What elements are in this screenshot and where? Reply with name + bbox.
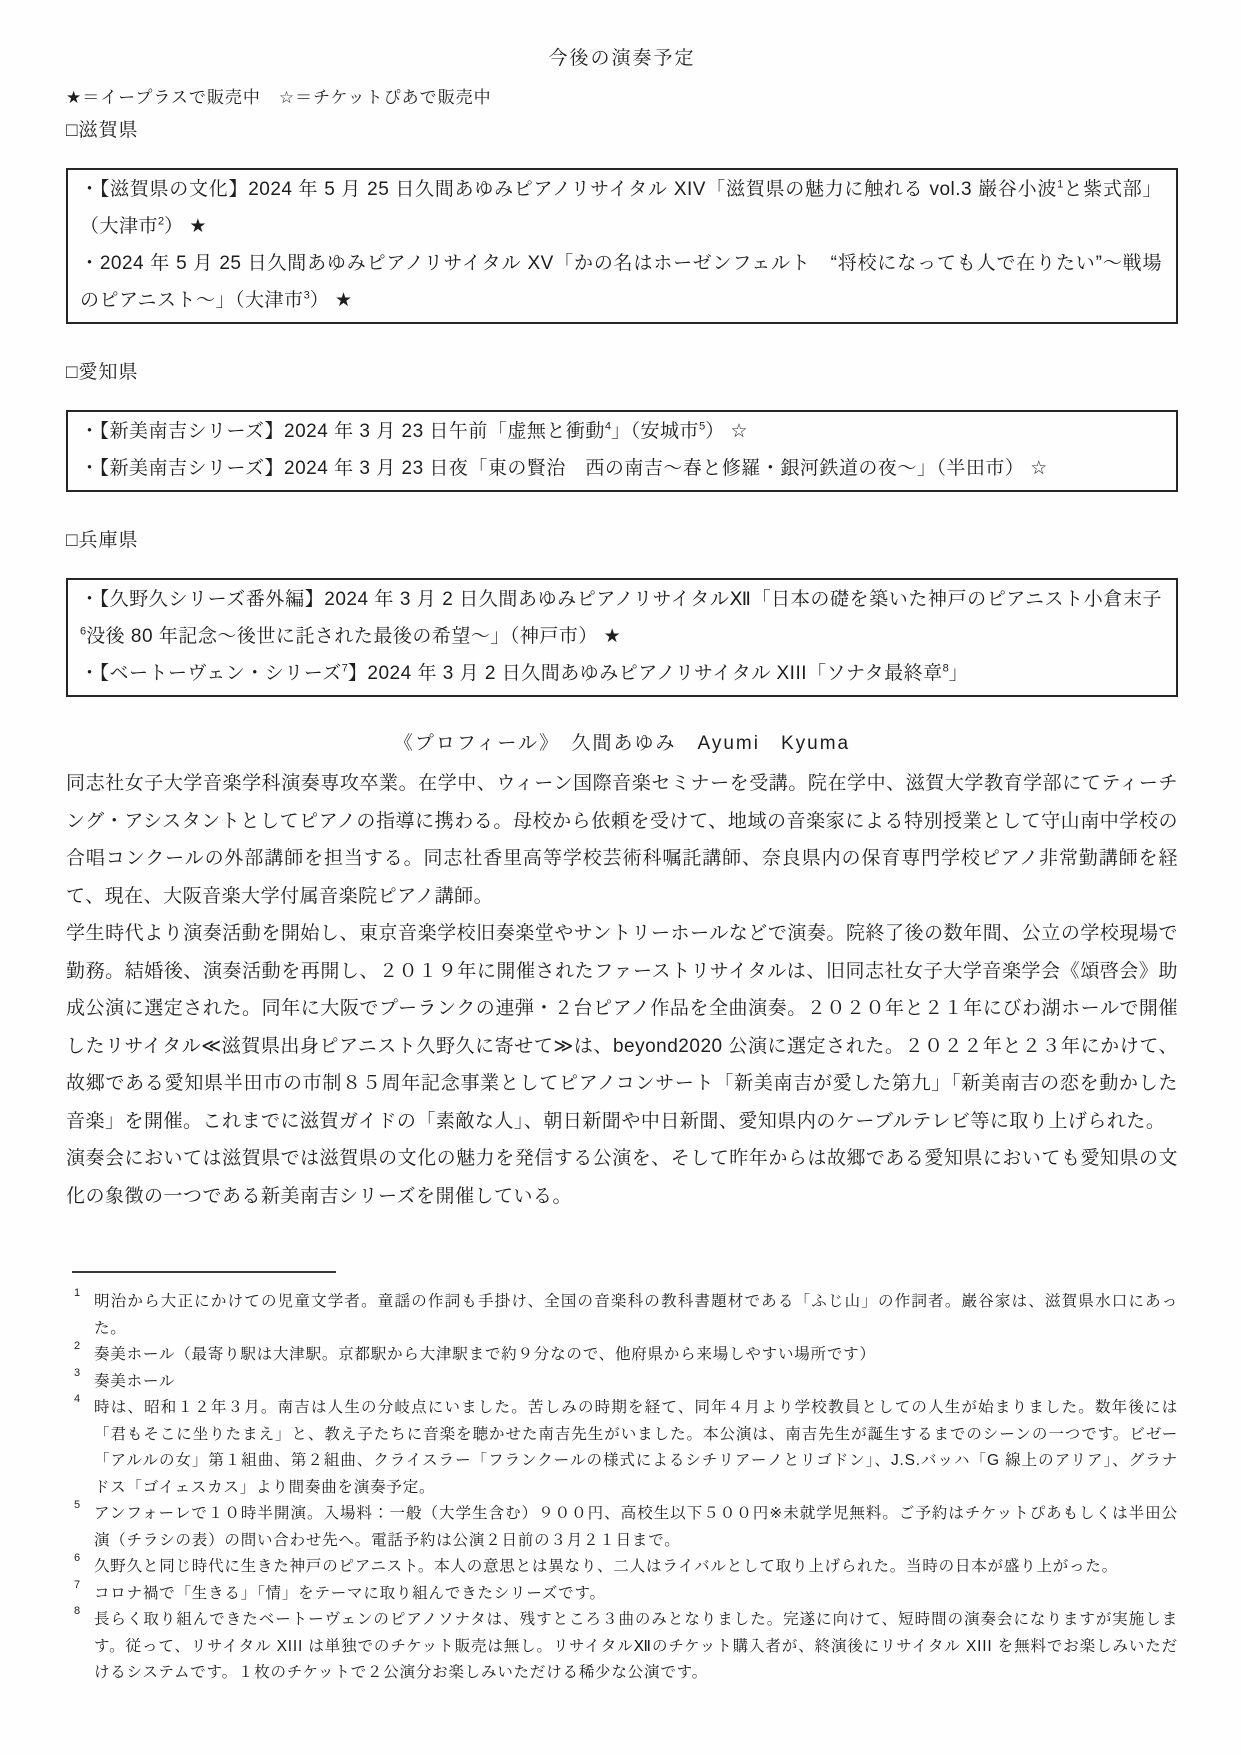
footnote-ref: 7 — [342, 663, 348, 675]
footnote-item: 4時は、昭和１２年３月。南吉は人生の分岐点にいました。苦しみの時期を経て、同年４… — [66, 1395, 1178, 1501]
profile-heading: 《プロフィール》 久間あゆみ Ayumi Kyuma — [66, 731, 1178, 757]
page-title: 今後の演奏予定 — [66, 46, 1178, 72]
footnote-separator — [72, 1271, 336, 1273]
footnote-ref: 6 — [80, 626, 86, 638]
prefecture-section: □愛知県・【新美南吉シリーズ】2024 年 3 月 23 日午前「虚無と衝動4」… — [66, 360, 1178, 492]
document-page: 今後の演奏予定 ★＝イープラスで販売中 ☆＝チケットぴあで販売中 □滋賀県・【滋… — [0, 0, 1241, 1755]
event-box: ・【新美南吉シリーズ】2024 年 3 月 23 日午前「虚無と衝動4」（安城市… — [66, 410, 1178, 492]
footnote-item: 3奏美ホール — [66, 1369, 1178, 1396]
event-item: ・【ベートーヴェン・シリーズ7】2024 年 3 月 2 日久間あゆみピアノリサ… — [80, 655, 1162, 692]
event-item: ・【新美南吉シリーズ】2024 年 3 月 23 日夜「東の賢治 西の南吉～春と… — [80, 450, 1162, 487]
footnote-text: 奏美ホール（最寄り駅は大津駅。京都駅から大津駅まで約９分なので、他府県から来場し… — [94, 1346, 876, 1363]
footnotes-root: 1明治から大正にかけての児童文学者。童謡の作詞も手掛け、全国の音楽科の教科書題材… — [66, 1289, 1178, 1687]
prefecture-section: □滋賀県・【滋賀県の文化】2024 年 5 月 25 日久間あゆみピアノリサイタ… — [66, 118, 1178, 324]
footnote-text: コロナ禍で「生きる」「情」をテーマに取り組んできたシリーズです。 — [94, 1585, 606, 1602]
profile-paragraph-3: 演奏会においては滋賀県では滋賀県の文化の魅力を発信する公演を、そして昨年からは故… — [66, 1140, 1178, 1215]
footnote-ref: 4 — [605, 421, 611, 433]
footnote-item: 8長らく取り組んできたベートーヴェンのピアノソナタは、残すところ３曲のみとなりま… — [66, 1607, 1178, 1687]
footnote-item: 1明治から大正にかけての児童文学者。童謡の作詞も手掛け、全国の音楽科の教科書題材… — [66, 1289, 1178, 1342]
footnote-item: 7コロナ禍で「生きる」「情」をテーマに取り組んできたシリーズです。 — [66, 1581, 1178, 1608]
footnote-ref: 2 — [158, 216, 164, 228]
event-item: ・【滋賀県の文化】2024 年 5 月 25 日久間あゆみピアノリサイタル XI… — [80, 171, 1162, 245]
footnote-ref: 5 — [699, 421, 705, 433]
footnote-ref: 3 — [304, 290, 310, 302]
profile-text: 同志社女子大学音楽学科演奏専攻卒業。在学中、ウィーン国際音楽セミナーを受講。院在… — [66, 765, 1178, 1215]
footnote-item: 5アンフォーレで１０時半開演。入場料：一般（大学生含む）９００円、高校生以下５０… — [66, 1501, 1178, 1554]
sections-root: □滋賀県・【滋賀県の文化】2024 年 5 月 25 日久間あゆみピアノリサイタ… — [66, 118, 1178, 697]
prefecture-section: □兵庫県・【久野久シリーズ番外編】2024 年 3 月 2 日久間あゆみピアノリ… — [66, 528, 1178, 697]
footnote-text: 明治から大正にかけての児童文学者。童謡の作詞も手掛け、全国の音楽科の教科書題材で… — [94, 1293, 1178, 1337]
event-item: ・【新美南吉シリーズ】2024 年 3 月 23 日午前「虚無と衝動4」（安城市… — [80, 413, 1162, 450]
footnote-text: 奏美ホール — [94, 1373, 175, 1390]
footnote-text: 時は、昭和１２年３月。南吉は人生の分岐点にいました。苦しみの時期を経て、同年４月… — [94, 1399, 1178, 1496]
event-item: ・【久野久シリーズ番外編】2024 年 3 月 2 日久間あゆみピアノリサイタル… — [80, 581, 1162, 655]
profile-paragraph-2: 学生時代より演奏活動を開始し、東京音楽学校旧奏楽堂やサントリーホールなどで演奏。… — [66, 915, 1178, 1140]
footnote-ref: 1 — [1057, 179, 1063, 191]
footnote-item: 2奏美ホール（最寄り駅は大津駅。京都駅から大津駅まで約９分なので、他府県から来場… — [66, 1342, 1178, 1369]
prefecture-heading: □滋賀県 — [66, 118, 1178, 144]
event-box: ・【滋賀県の文化】2024 年 5 月 25 日久間あゆみピアノリサイタル XI… — [66, 168, 1178, 324]
footnote-ref: 8 — [943, 663, 949, 675]
footnote-item: 6久野久と同じ時代に生きた神戸のピアニスト。本人の意思とは異なり、二人はライバル… — [66, 1554, 1178, 1581]
prefecture-heading: □愛知県 — [66, 360, 1178, 386]
prefecture-heading: □兵庫県 — [66, 528, 1178, 554]
event-box: ・【久野久シリーズ番外編】2024 年 3 月 2 日久間あゆみピアノリサイタル… — [66, 578, 1178, 697]
ticket-sales-legend: ★＝イープラスで販売中 ☆＝チケットぴあで販売中 — [66, 86, 1178, 110]
footnote-text: 長らく取り組んできたベートーヴェンのピアノソナタは、残すところ３曲のみとなりまし… — [94, 1611, 1178, 1681]
footnote-text: アンフォーレで１０時半開演。入場料：一般（大学生含む）９００円、高校生以下５００… — [94, 1505, 1178, 1549]
event-item: ・2024 年 5 月 25 日久間あゆみピアノリサイタル XV「かの名はホーゼ… — [80, 245, 1162, 319]
footnote-text: 久野久と同じ時代に生きた神戸のピアニスト。本人の意思とは異なり、二人はライバルと… — [94, 1558, 1118, 1575]
profile-paragraph-1: 同志社女子大学音楽学科演奏専攻卒業。在学中、ウィーン国際音楽セミナーを受講。院在… — [66, 765, 1178, 915]
